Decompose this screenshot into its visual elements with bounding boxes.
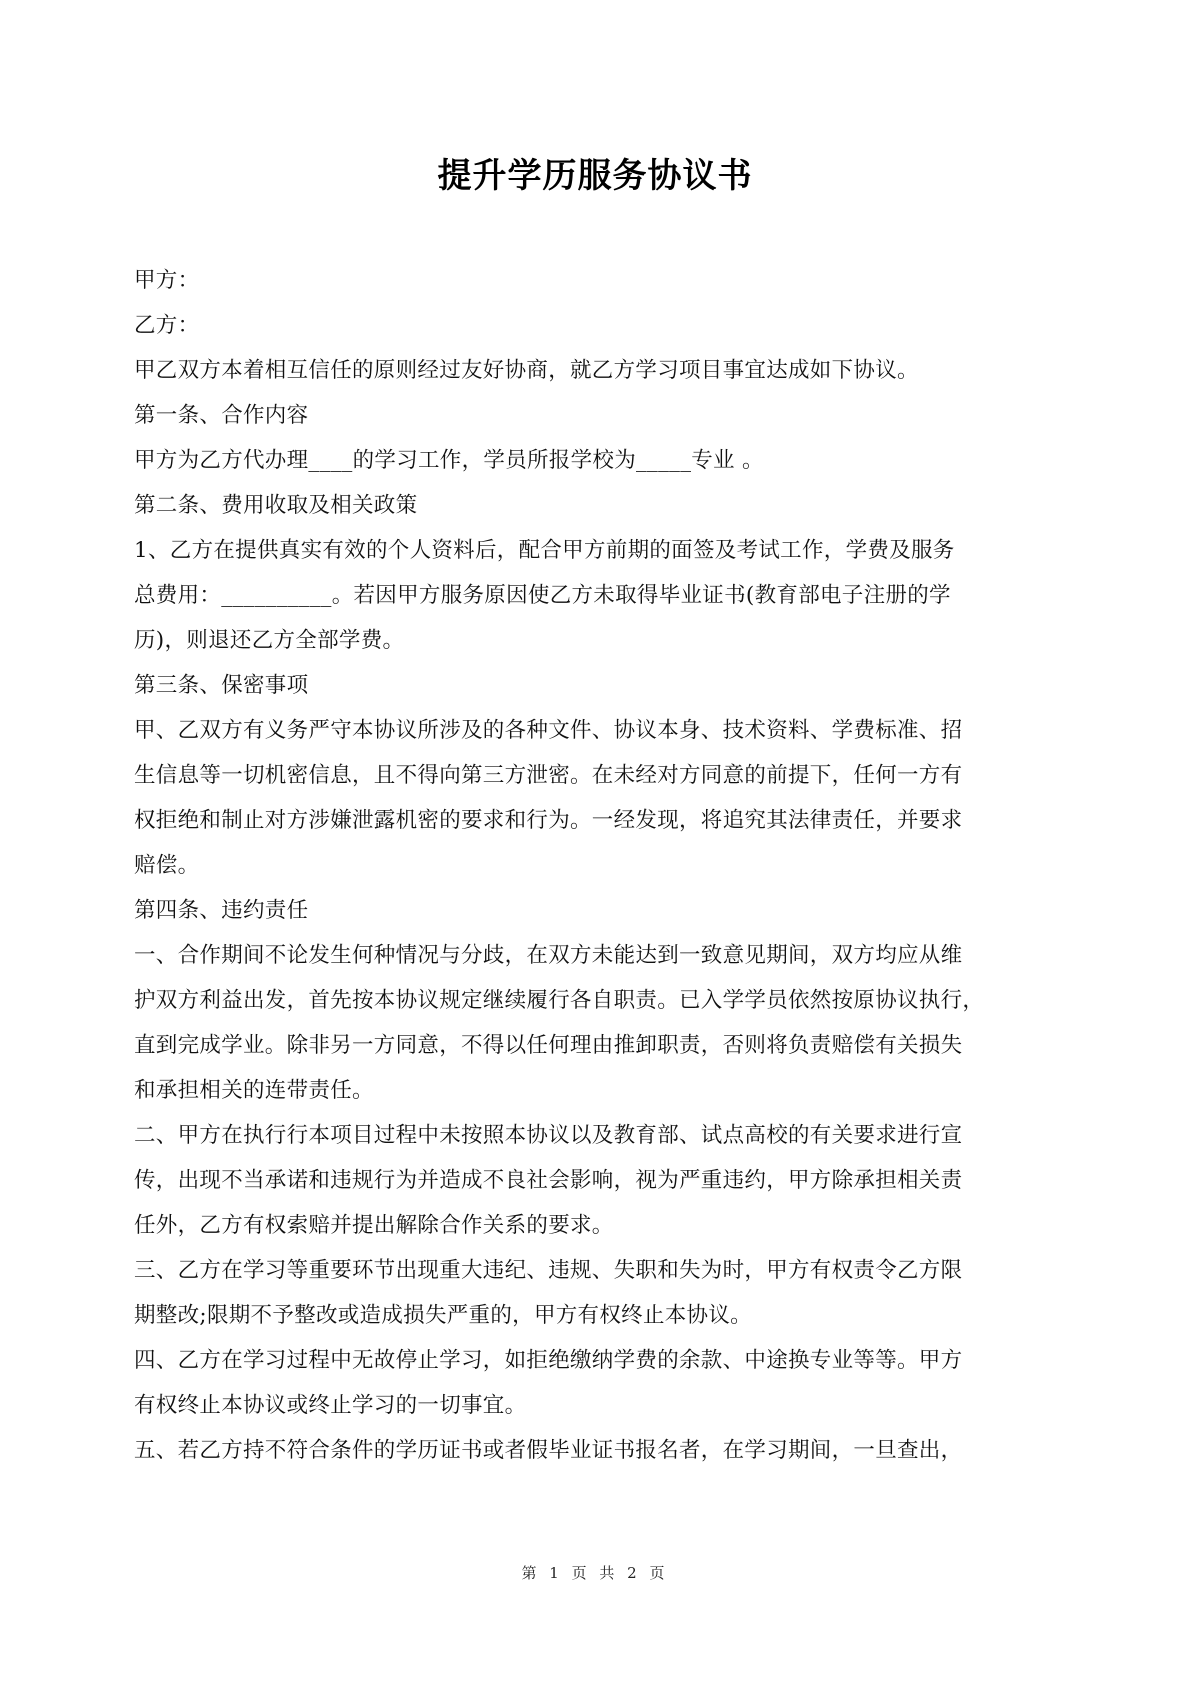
article-2-text-line: 总费用：__________。若因甲方服务原因使乙方未取得毕业证书(教育部电子注…: [134, 573, 1054, 618]
article-2-text-line: 历)，则退还乙方全部学费。: [134, 618, 1054, 663]
article-3-text-line: 甲、乙双方有义务严守本协议所涉及的各种文件、协议本身、技术资料、学费标准、招: [134, 708, 1054, 753]
article-1-heading: 第一条、合作内容: [134, 393, 1054, 438]
party-a-line: 甲方：: [134, 258, 1054, 303]
article-4-heading: 第四条、违约责任: [134, 888, 1054, 933]
page-indicator: 第 1 页 共 2 页: [0, 1562, 1190, 1583]
article-4-clause-3-line: 期整改;限期不予整改或造成损失严重的，甲方有权终止本协议。: [134, 1293, 1054, 1338]
article-4-clause-1-line: 一、合作期间不论发生何种情况与分歧，在双方未能达到一致意见期间，双方均应从维: [134, 933, 1054, 978]
article-3-text-line: 权拒绝和制止对方涉嫌泄露机密的要求和行为。一经发现，将追究其法律责任，并要求: [134, 798, 1054, 843]
article-4-clause-3-line: 三、乙方在学习等重要环节出现重大违纪、违规、失职和失为时，甲方有权责令乙方限: [134, 1248, 1054, 1293]
article-4-clause-1-line: 直到完成学业。除非另一方同意，不得以任何理由推卸职责，否则将负责赔偿有关损失: [134, 1023, 1054, 1068]
article-3-text-line: 生信息等一切机密信息，且不得向第三方泄密。在未经对方同意的前提下，任何一方有: [134, 753, 1054, 798]
preamble: 甲乙双方本着相互信任的原则经过友好协商，就乙方学习项目事宜达成如下协议。: [134, 348, 1054, 393]
article-3-text-line: 赔偿。: [134, 843, 1054, 888]
article-4-clause-1-line: 护双方利益出发，首先按本协议规定继续履行各自职责。已入学学员依然按原协议执行，: [134, 978, 1054, 1023]
article-4-clause-2-line: 二、甲方在执行行本项目过程中未按照本协议以及教育部、试点高校的有关要求进行宣: [134, 1113, 1054, 1158]
article-3-heading: 第三条、保密事项: [134, 663, 1054, 708]
article-2-heading: 第二条、费用收取及相关政策: [134, 483, 1054, 528]
article-4-clause-4-line: 四、乙方在学习过程中无故停止学习，如拒绝缴纳学费的余款、中途换专业等等。甲方: [134, 1338, 1054, 1383]
document-title: 提升学历服务协议书: [0, 148, 1190, 197]
document-page: 提升学历服务协议书 甲方： 乙方： 甲乙双方本着相互信任的原则经过友好协商，就乙…: [0, 0, 1190, 1683]
party-b-line: 乙方：: [134, 303, 1054, 348]
article-4-clause-2-line: 传，出现不当承诺和违规行为并造成不良社会影响，视为严重违约，甲方除承担相关责: [134, 1158, 1054, 1203]
document-body: 甲方： 乙方： 甲乙双方本着相互信任的原则经过友好协商，就乙方学习项目事宜达成如…: [134, 258, 1054, 1473]
article-1-text: 甲方为乙方代办理____的学习工作，学员所报学校为_____专业 。: [134, 438, 1054, 483]
article-4-clause-2-line: 任外，乙方有权索赔并提出解除合作关系的要求。: [134, 1203, 1054, 1248]
article-4-clause-4-line: 有权终止本协议或终止学习的一切事宜。: [134, 1383, 1054, 1428]
article-2-text-line: 1、乙方在提供真实有效的个人资料后，配合甲方前期的面签及考试工作，学费及服务: [134, 528, 1054, 573]
article-4-clause-1-line: 和承担相关的连带责任。: [134, 1068, 1054, 1113]
article-4-clause-5-line: 五、若乙方持不符合条件的学历证书或者假毕业证书报名者，在学习期间，一旦查出，: [134, 1428, 1054, 1473]
